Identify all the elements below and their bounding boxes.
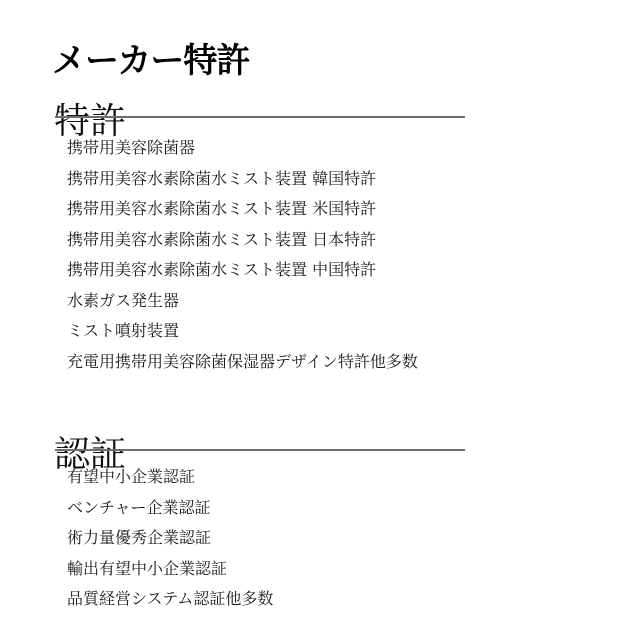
patent-list: 携帯用美容除菌器 携帯用美容水素除菌水ミスト装置 韓国特許 携帯用美容水素除菌水… [67, 133, 418, 377]
patent-item: 携帯用美容水素除菌水ミスト装置 米国特許 [67, 194, 418, 225]
certification-item: 輸出有望中小企業認証 [67, 554, 273, 585]
patent-item: 充電用携帯用美容除菌保湿器デザイン特許他多数 [67, 347, 418, 378]
certification-item: 有望中小企業認証 [67, 462, 273, 493]
section-divider-certifications [55, 449, 465, 451]
patent-item: 携帯用美容除菌器 [67, 133, 418, 164]
patent-item: 携帯用美容水素除菌水ミスト装置 日本特許 [67, 225, 418, 256]
certification-item: 品質経営システム認証他多数 [67, 584, 273, 615]
certification-item: 術力量優秀企業認証 [67, 523, 273, 554]
page-title: メーカー特許 [52, 39, 249, 83]
patent-item: 携帯用美容水素除菌水ミスト装置 中国特許 [67, 255, 418, 286]
patent-item: 水素ガス発生器 [67, 286, 418, 317]
certification-item: ベンチャー企業認証 [67, 493, 273, 524]
patent-item: 携帯用美容水素除菌水ミスト装置 韓国特許 [67, 164, 418, 195]
certification-list: 有望中小企業認証 ベンチャー企業認証 術力量優秀企業認証 輸出有望中小企業認証 … [67, 462, 273, 615]
patent-item: ミスト噴射装置 [67, 316, 418, 347]
section-divider-patents [55, 116, 465, 118]
